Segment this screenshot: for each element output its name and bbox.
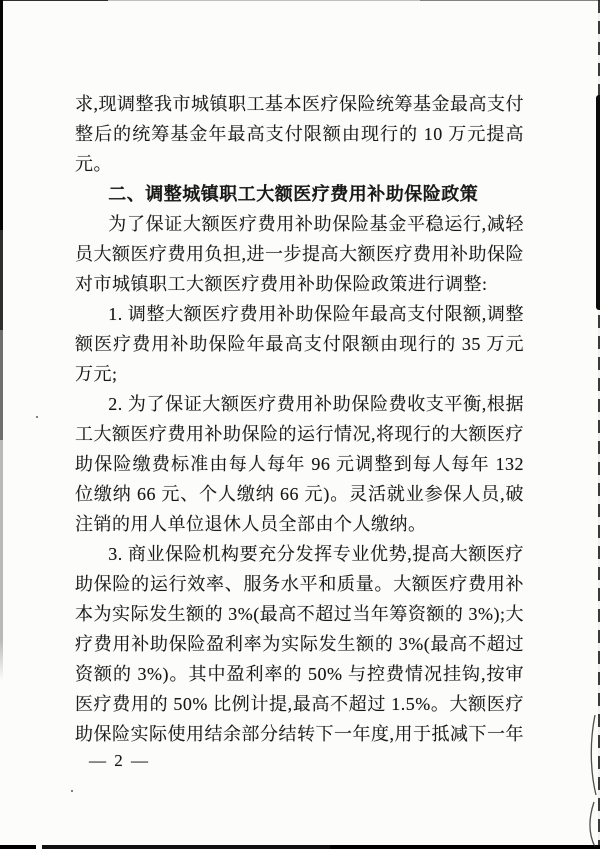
text-line: 为了保证大额医疗费用补助保险基金平稳运行,减轻参保人	[75, 209, 524, 239]
text-line: 2. 为了保证大额医疗费用补助保险费收支平衡,根据城镇职	[75, 389, 524, 419]
scan-noise-dot	[36, 416, 38, 418]
text-line: 助保险的运行效率、服务水平和质量。大额医疗费用补助保险成	[75, 569, 524, 599]
text-line: 员大额医疗费用负担,进一步提高大额医疗费用补助保险待遇,现	[75, 239, 524, 269]
text-line: 万元;	[75, 359, 524, 389]
numbered-item-2: 2. 为了保证大额医疗费用补助保险费收支平衡,根据城镇职 工大额医疗费用补助保险…	[75, 389, 524, 539]
text-line: 资额的 3%)。其中盈利率的 50% 与控费情况挂钩,按审查不合理	[75, 659, 524, 689]
scanned-document-page: 求,现调整我市城镇职工基本医疗保险统筹基金最高支付限额,调 整后的统筹基金年最高…	[0, 0, 600, 849]
scan-artifact-bottom-edge	[0, 845, 600, 849]
text-line: 1. 调整大额医疗费用补助保险年最高支付限额,调整后的大	[75, 299, 524, 329]
scan-noise-dot	[71, 790, 73, 792]
paragraph-continuation: 求,现调整我市城镇职工基本医疗保险统筹基金最高支付限额,调 整后的统筹基金年最高…	[75, 89, 524, 179]
text-line: 3. 商业保险机构要充分发挥专业优势,提高大额医疗费用补	[75, 539, 524, 569]
scan-artifact-left-edge	[0, 0, 3, 680]
text-line: 元。	[75, 149, 524, 179]
text-line: 求,现调整我市城镇职工基本医疗保险统筹基金最高支付限额,调	[75, 89, 524, 119]
paragraph: 为了保证大额医疗费用补助保险基金平稳运行,减轻参保人 员大额医疗费用负担,进一步…	[75, 209, 524, 299]
text-line: 助保险缴费标准由每人每年 96 元调整到每人每年 132 元(用人单	[75, 449, 524, 479]
text-line: 整后的统筹基金年最高支付限额由现行的 10 万元提高到 15 万	[75, 119, 524, 149]
section-heading: 二、调整城镇职工大额医疗费用补助保险政策	[75, 179, 524, 209]
scan-artifact-right-edge-solid	[596, 95, 600, 310]
text-line: 医疗费用的 50% 比例计提,最高不超过 1.5%。大额医疗费用补	[75, 689, 524, 719]
text-line: 注销的用人单位退休人员全部由个人缴纳。	[75, 509, 524, 539]
document-text: 求,现调整我市城镇职工基本医疗保险统筹基金最高支付限额,调 整后的统筹基金年最高…	[75, 89, 524, 749]
text-line: 本为实际发生额的 3%(最高不超过当年筹资额的 3%);大额医	[75, 599, 524, 629]
text-line: 疗费用补助保险盈利率为实际发生额的 3%(最高不超过当年筹	[75, 629, 524, 659]
numbered-item-3: 3. 商业保险机构要充分发挥专业优势,提高大额医疗费用补 助保险的运行效率、服务…	[75, 539, 524, 749]
section-heading-text: 二、调整城镇职工大额医疗费用补助保险政策	[75, 179, 524, 209]
text-line: 助保险实际使用结余部分结转下一年度,用于抵减下一年度保险	[75, 719, 524, 749]
page-number: — 2 —	[89, 751, 150, 771]
text-line: 对市城镇职工大额医疗费用补助保险政策进行调整:	[75, 269, 524, 299]
text-line: 工大额医疗费用补助保险的运行情况,将现行的大额医疗费用补	[75, 419, 524, 449]
scan-artifact-curve	[585, 700, 600, 849]
scan-artifact-top-edge	[0, 0, 600, 1]
numbered-item-1: 1. 调整大额医疗费用补助保险年最高支付限额,调整后的大 额医疗费用补助保险年最…	[75, 299, 524, 389]
text-line: 额医疗费用补助保险年最高支付限额由现行的 35 万元提高到 45	[75, 329, 524, 359]
text-line: 位缴纳 66 元、个人缴纳 66 元)。灵活就业参保人员,破产、关闭及	[75, 479, 524, 509]
